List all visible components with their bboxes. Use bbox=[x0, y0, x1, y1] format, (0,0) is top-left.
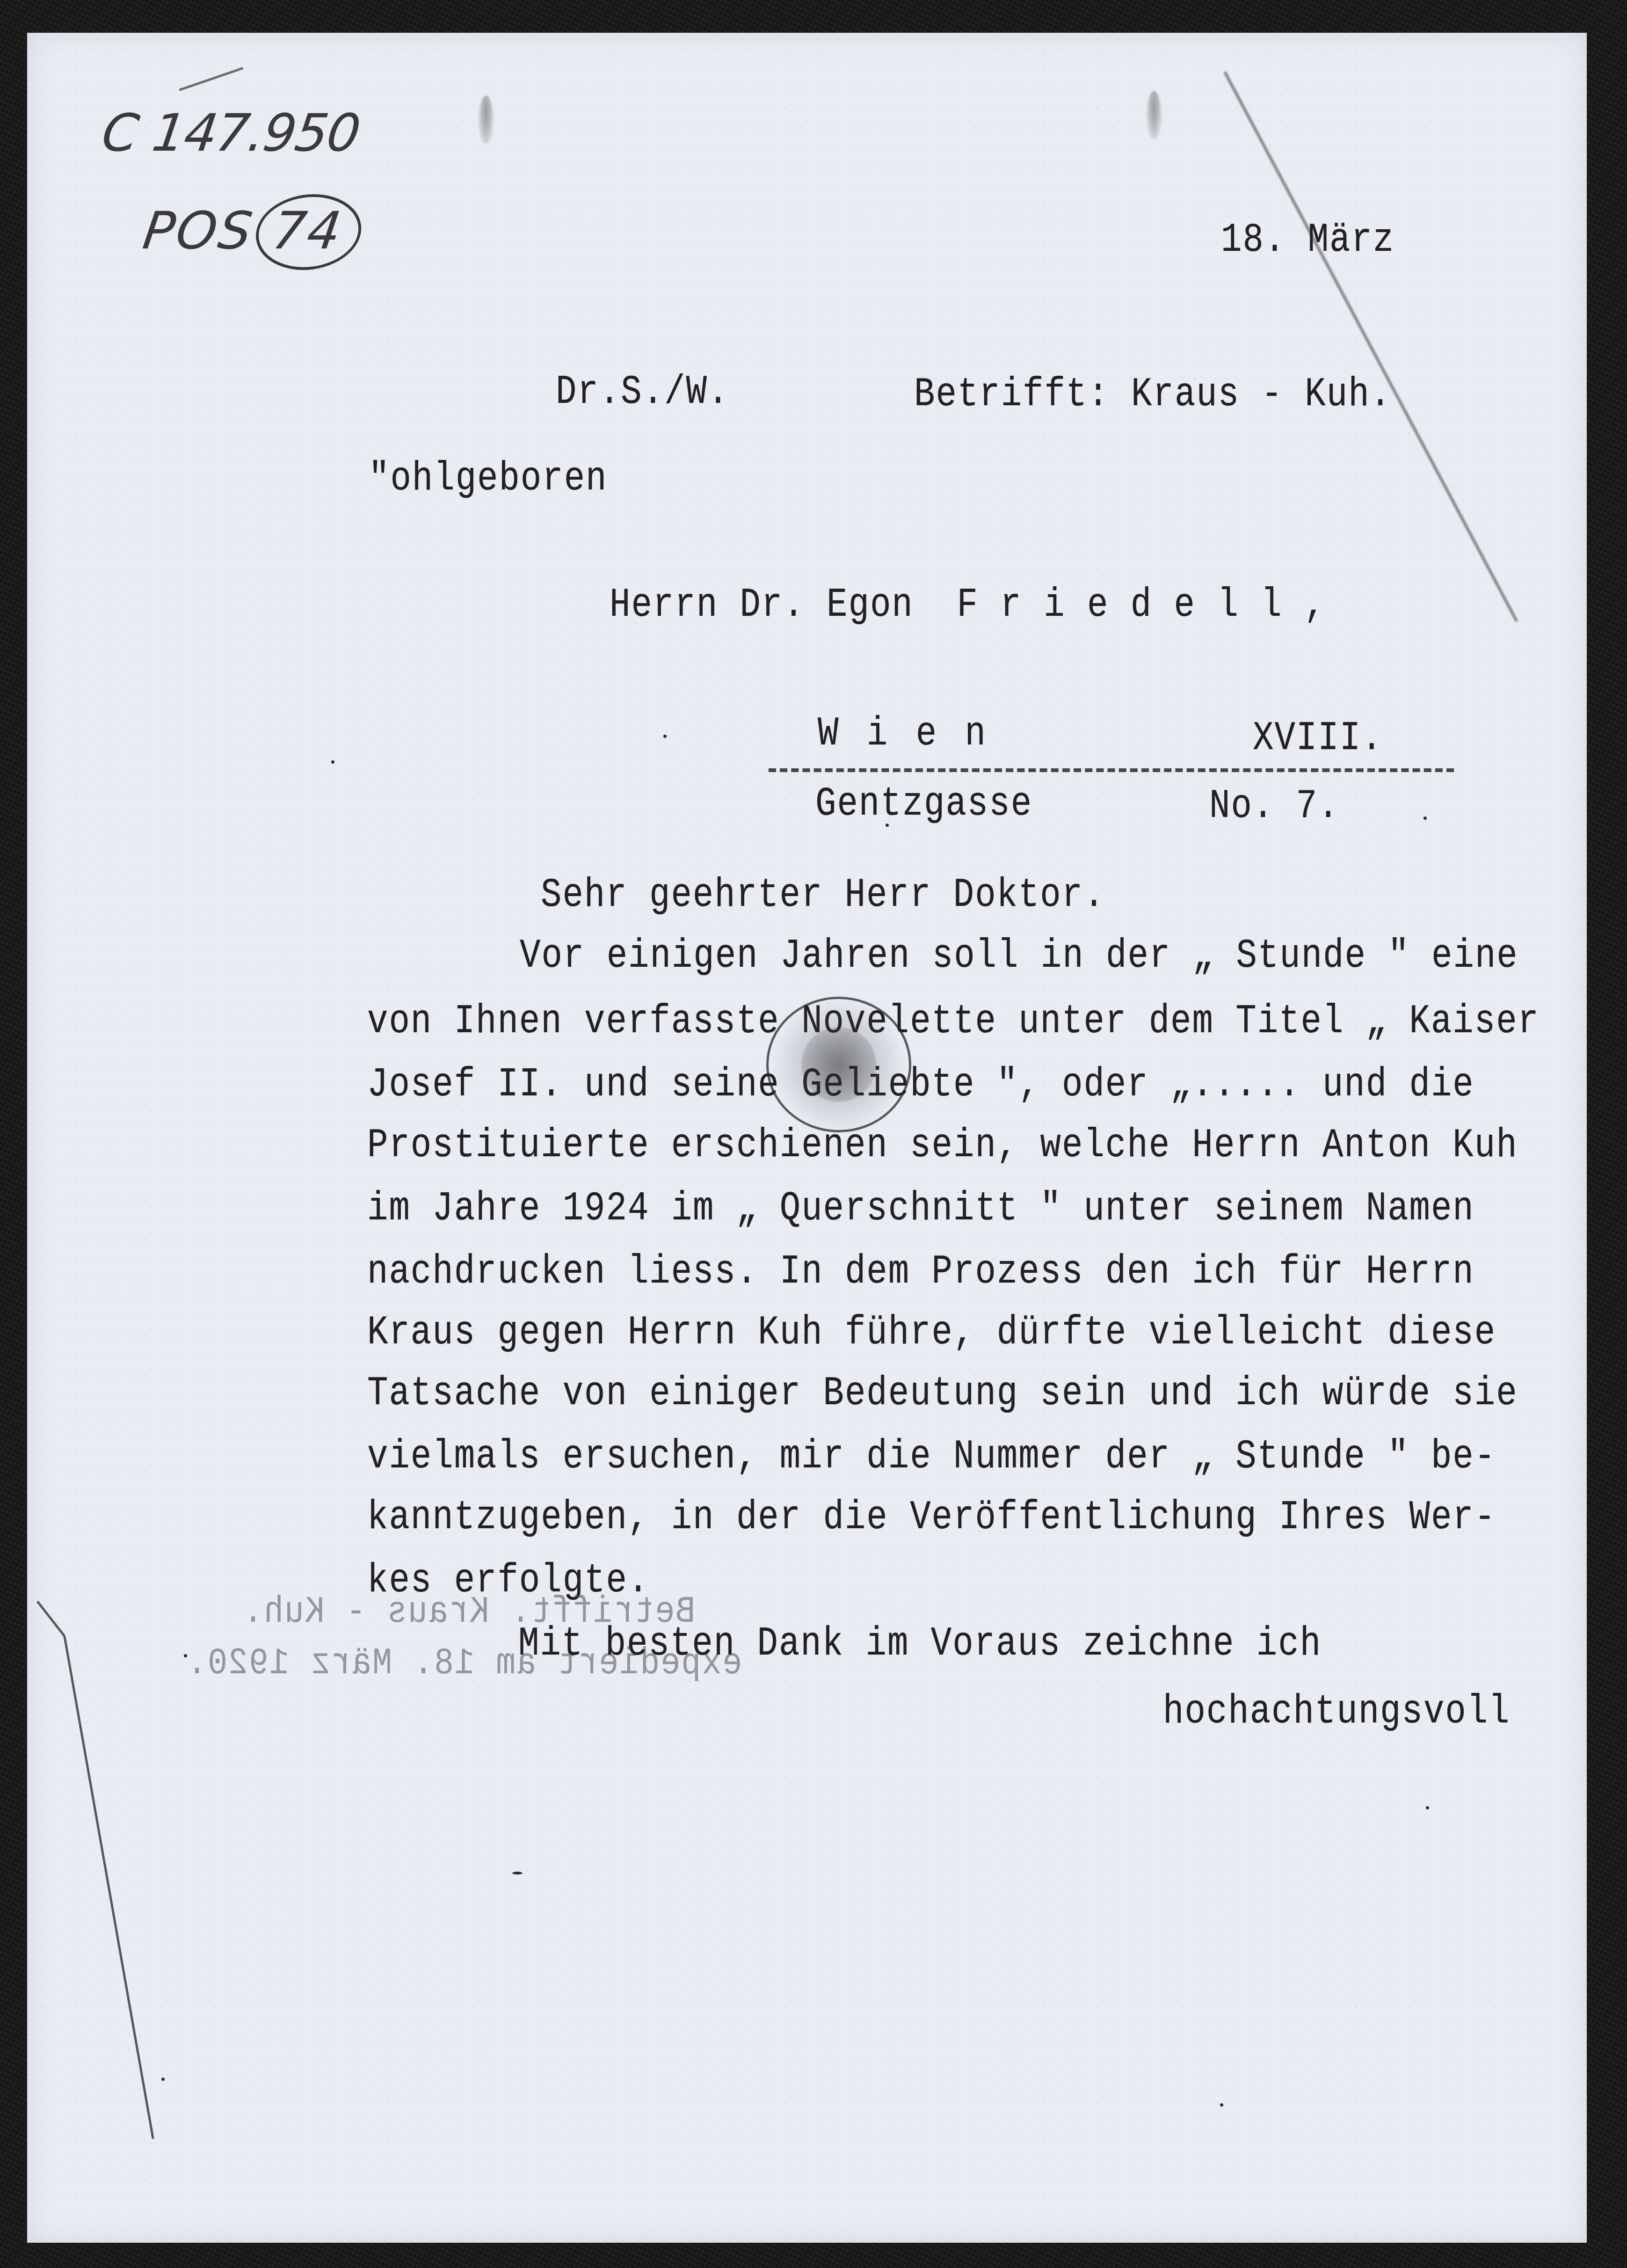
crease-line bbox=[1223, 71, 1518, 622]
salutation-title: "ohlgeboren bbox=[369, 459, 607, 499]
recipient-name: Herrn Dr. Egon F r i e d e l l , bbox=[610, 585, 1326, 626]
address-underline bbox=[769, 768, 1454, 772]
closing-line: Mit besten Dank im Voraus zeichne ich bbox=[518, 1624, 1322, 1664]
body-line: vielmals ersuchen, mir die Nummer der „ … bbox=[367, 1437, 1496, 1477]
body-line: Vor einigen Jahren soll in der „ Stunde … bbox=[520, 936, 1518, 977]
archive-signature-number: C 147.950 bbox=[98, 103, 363, 163]
archive-position-mark: POS74 bbox=[138, 194, 366, 270]
stamp-emblem bbox=[801, 1027, 876, 1102]
address-house-number: No. 7. bbox=[1209, 786, 1339, 827]
punch-hole-right bbox=[1148, 91, 1161, 138]
body-line: Kraus gegen Herrn Kuh führe, dürfte viel… bbox=[367, 1313, 1496, 1353]
ink-speck bbox=[331, 760, 334, 764]
letter-greeting: Sehr geehrter Herr Doktor. bbox=[541, 875, 1105, 916]
address-city: W i e n bbox=[818, 714, 989, 754]
punch-hole-left bbox=[479, 96, 493, 143]
pencil-crease-lower bbox=[64, 1636, 154, 2139]
ink-speck bbox=[663, 735, 667, 738]
body-line: Josef II. und seine Geliebte ", oder „..… bbox=[367, 1065, 1474, 1105]
address-district: XVIII. bbox=[1253, 718, 1383, 759]
valediction: hochachtungsvoll bbox=[1163, 1692, 1511, 1732]
ink-speck bbox=[1426, 1806, 1429, 1809]
subject-line: Betrifft: Kraus - Kuh. bbox=[914, 374, 1392, 415]
address-street: Gentzgasse bbox=[815, 784, 1032, 824]
ink-speck bbox=[161, 2078, 165, 2081]
pencil-stroke bbox=[179, 67, 244, 91]
position-prefix: POS bbox=[139, 201, 258, 261]
pencil-crease-upper bbox=[36, 1601, 65, 1637]
body-line: Prostituierte erschienen sein, welche He… bbox=[367, 1125, 1518, 1166]
ink-speck bbox=[512, 1872, 523, 1874]
letter-page: C 147.950 POS74 18. März Dr.S./W. Betrif… bbox=[27, 33, 1587, 2243]
letter-date: 18. März bbox=[1221, 220, 1395, 261]
body-line: kanntzugeben, in der die Veröffentlichun… bbox=[367, 1497, 1496, 1538]
reference-code: Dr.S./W. bbox=[556, 372, 729, 413]
body-line: von Ihnen verfasste Novelette unter dem … bbox=[367, 1001, 1540, 1042]
body-line: Tatsache von einiger Bedeutung sein und … bbox=[367, 1373, 1518, 1414]
body-line: nachdrucken liess. In dem Prozess den ic… bbox=[367, 1252, 1474, 1292]
ink-speck bbox=[1220, 2103, 1223, 2107]
ink-speck bbox=[886, 824, 889, 827]
round-stamp bbox=[766, 997, 911, 1132]
ink-speck bbox=[1424, 817, 1427, 820]
position-number-circled: 74 bbox=[251, 194, 366, 270]
body-line: im Jahre 1924 im „ Querschnitt " unter s… bbox=[367, 1189, 1474, 1229]
ink-speck bbox=[184, 1654, 187, 1657]
